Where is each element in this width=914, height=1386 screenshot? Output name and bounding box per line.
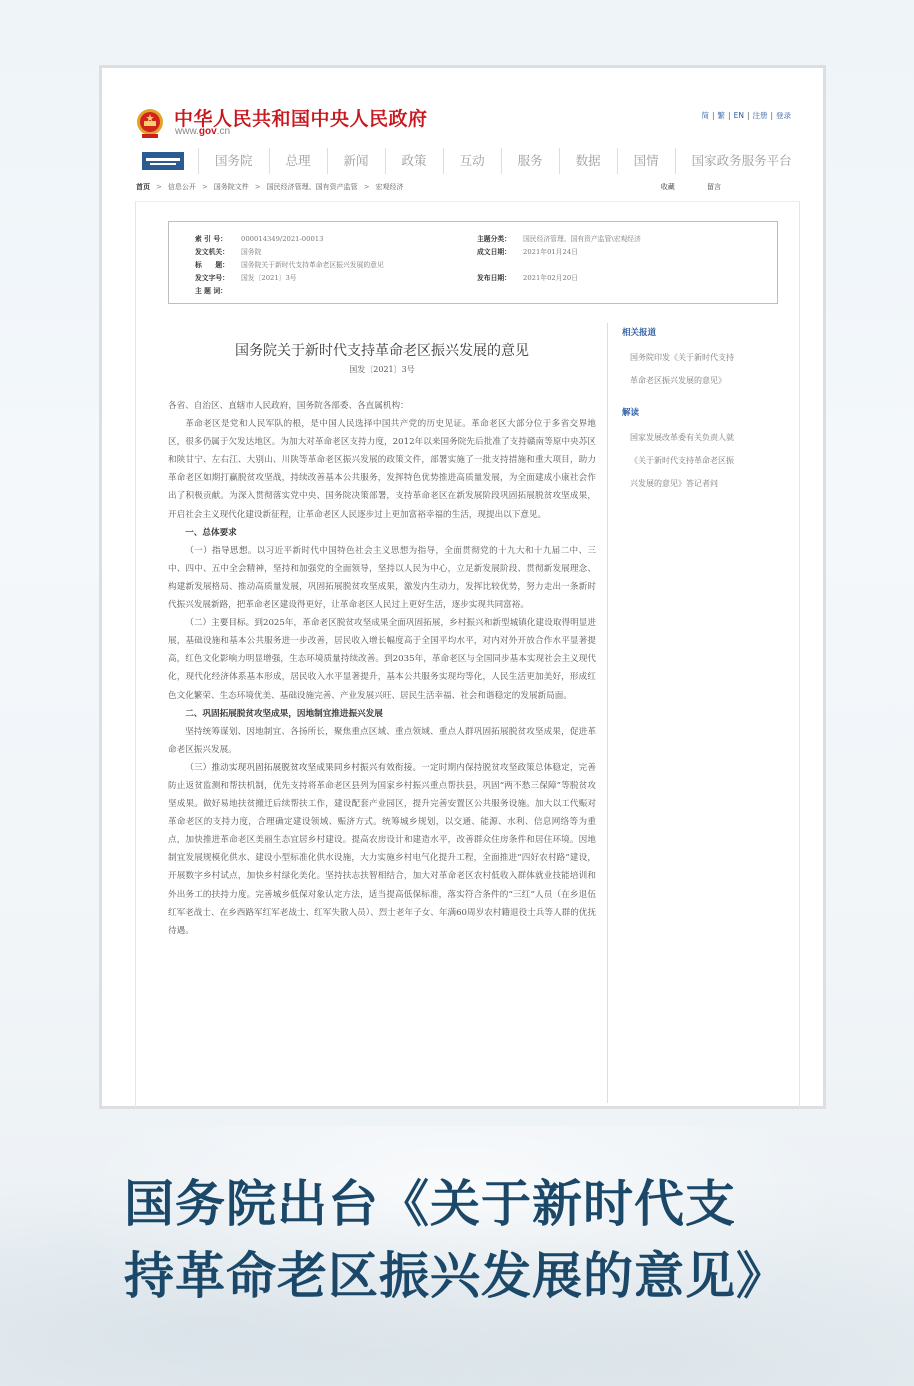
document-title: 国务院关于新时代支持革命老区振兴发展的意见 <box>168 340 596 360</box>
nav-item-national-info[interactable]: 国情 <box>617 148 675 174</box>
bookmark-link[interactable]: 收藏 <box>661 183 675 191</box>
document-number: 国发〔2021〕3号 <box>168 364 596 375</box>
main-nav: 国务院 总理 新闻 政策 互动 服务 数据 国情 国家政务服务平台 <box>142 148 822 174</box>
document-text: 各省、自治区、直辖市人民政府，国务院各部委、各直属机构： 革命老区是党和人民军队… <box>168 397 596 940</box>
caption-line-2: 持革命老区振兴发展的意见》 <box>124 1240 844 1312</box>
page-actions: 收藏 留言 <box>631 182 721 192</box>
document-metadata-table: 索 引 号：000014349/2021-00013 发文机关：国务院 标 题：… <box>168 221 778 304</box>
breadcrumb-info-disclosure[interactable]: 信息公开 <box>168 183 196 191</box>
meta-doc-number: 发文字号：国发〔2021〕3号 <box>195 272 297 282</box>
nav-item-policy[interactable]: 政策 <box>385 148 443 174</box>
breadcrumb-economy-management[interactable]: 国民经济管理、国有资产监管 <box>267 183 358 191</box>
nav-item-services[interactable]: 服务 <box>501 148 559 174</box>
section-heading-1: 一、总体要求 <box>168 524 596 542</box>
nav-item-state-council[interactable]: 国务院 <box>198 148 269 174</box>
meta-index-number: 索 引 号：000014349/2021-00013 <box>195 233 323 243</box>
interpretation-link-line-3[interactable]: 兴发展的意见》答记者问 <box>622 472 782 495</box>
nav-item-news[interactable]: 新闻 <box>327 148 385 174</box>
document-body: 国务院关于新时代支持革命老区振兴发展的意见 国发〔2021〕3号 各省、自治区、… <box>168 338 596 940</box>
paragraph-main-goals: （二）主要目标。到2025年，革命老区脱贫攻坚成果全面巩固拓展，乡村振兴和新型城… <box>168 614 596 704</box>
related-reports-heading: 相关报道 <box>622 326 782 338</box>
caption-line-1: 国务院出台《关于新时代支 <box>124 1168 844 1240</box>
meta-issuer: 发文机关：国务院 <box>195 246 261 256</box>
top-links: 简|繁|EN|注册|登录 <box>702 110 791 121</box>
nav-item-interaction[interactable]: 互动 <box>443 148 501 174</box>
link-traditional[interactable]: 繁 <box>718 111 726 120</box>
interpretation: 解读 国家发展改革委有关负责人就 《关于新时代支持革命老区振 兴发展的意见》答记… <box>622 406 782 495</box>
meta-title: 标 题：国务院关于新时代支持革命老区振兴发展的意见 <box>195 259 384 269</box>
meta-written-date: 成文日期：2021年01月24日 <box>477 246 578 256</box>
chevron-right-icon: > <box>255 183 261 191</box>
meta-publish-date: 发布日期：2021年02月20日 <box>477 272 578 282</box>
link-simplified[interactable]: 简 <box>702 111 710 120</box>
breadcrumb-state-council-docs[interactable]: 国务院文件 <box>214 183 249 191</box>
chevron-right-icon: > <box>364 183 370 191</box>
link-login[interactable]: 登录 <box>776 111 791 120</box>
section-2-intro: 坚持统筹谋划、因地制宜、各扬所长，聚焦重点区域、重点领域、重点人群巩固拓展脱贫攻… <box>168 723 596 759</box>
interpretation-link-line-1[interactable]: 国家发展改革委有关负责人就 <box>622 426 782 449</box>
meta-keywords: 主 题 词： <box>195 285 241 295</box>
site-url: www.gov.cn <box>175 126 230 137</box>
sidebar-divider <box>607 323 608 1103</box>
preamble-paragraph: 革命老区是党和人民军队的根，是中国人民选择中国共产党的历史见证。革命老区大部分位… <box>168 415 596 524</box>
link-register[interactable]: 注册 <box>752 111 767 120</box>
related-link-line-1[interactable]: 国务院印发《关于新时代支持 <box>622 346 782 369</box>
nav-item-premier[interactable]: 总理 <box>269 148 327 174</box>
section-heading-2: 二、巩固拓展脱贫攻坚成果，因地制宜推进振兴发展 <box>168 705 596 723</box>
paragraph-poverty-rural-link: （三）推动实现巩固拓展脱贫攻坚成果同乡村振兴有效衔接。一定时期内保持脱贫攻坚政策… <box>168 759 596 940</box>
chevron-right-icon: > <box>202 183 208 191</box>
nav-item-gov-service-platform[interactable]: 国家政务服务平台 <box>675 148 808 174</box>
related-reports: 相关报道 国务院印发《关于新时代支持 革命老区振兴发展的意见》 <box>622 326 782 392</box>
interpretation-link-line-2[interactable]: 《关于新时代支持革命老区振 <box>622 449 782 472</box>
message-link[interactable]: 留言 <box>707 183 721 191</box>
link-english[interactable]: EN <box>734 111 744 120</box>
breadcrumb-macro-economy[interactable]: 宏观经济 <box>376 183 404 191</box>
paragraph-guiding-ideology: （一）指导思想。以习近平新时代中国特色社会主义思想为指导，全面贯彻党的十九大和十… <box>168 542 596 614</box>
national-emblem-icon <box>135 108 165 140</box>
breadcrumb: 首页>信息公开>国务院文件>国民经济管理、国有资产监管>宏观经济 <box>136 182 404 192</box>
interpretation-heading: 解读 <box>622 406 782 418</box>
nav-item-data[interactable]: 数据 <box>559 148 617 174</box>
headline-caption: 国务院出台《关于新时代支 持革命老区振兴发展的意见》 <box>124 1168 844 1312</box>
breadcrumb-home[interactable]: 首页 <box>136 182 150 191</box>
salutation: 各省、自治区、直辖市人民政府，国务院各部委、各直属机构： <box>168 397 596 415</box>
site-header: 中华人民共和国中央人民政府 www.gov.cn 简|繁|EN|注册|登录 国务… <box>102 68 823 193</box>
meta-category: 主题分类：国民经济管理、国有资产监管\宏观经济 <box>477 233 641 243</box>
tiananmen-logo-icon[interactable] <box>142 152 184 170</box>
chevron-right-icon: > <box>156 183 162 191</box>
sidebar: 相关报道 国务院印发《关于新时代支持 革命老区振兴发展的意见》 解读 国家发展改… <box>622 326 782 509</box>
related-link-line-2[interactable]: 革命老区振兴发展的意见》 <box>622 369 782 392</box>
webpage-screenshot: 中华人民共和国中央人民政府 www.gov.cn 简|繁|EN|注册|登录 国务… <box>99 65 826 1109</box>
